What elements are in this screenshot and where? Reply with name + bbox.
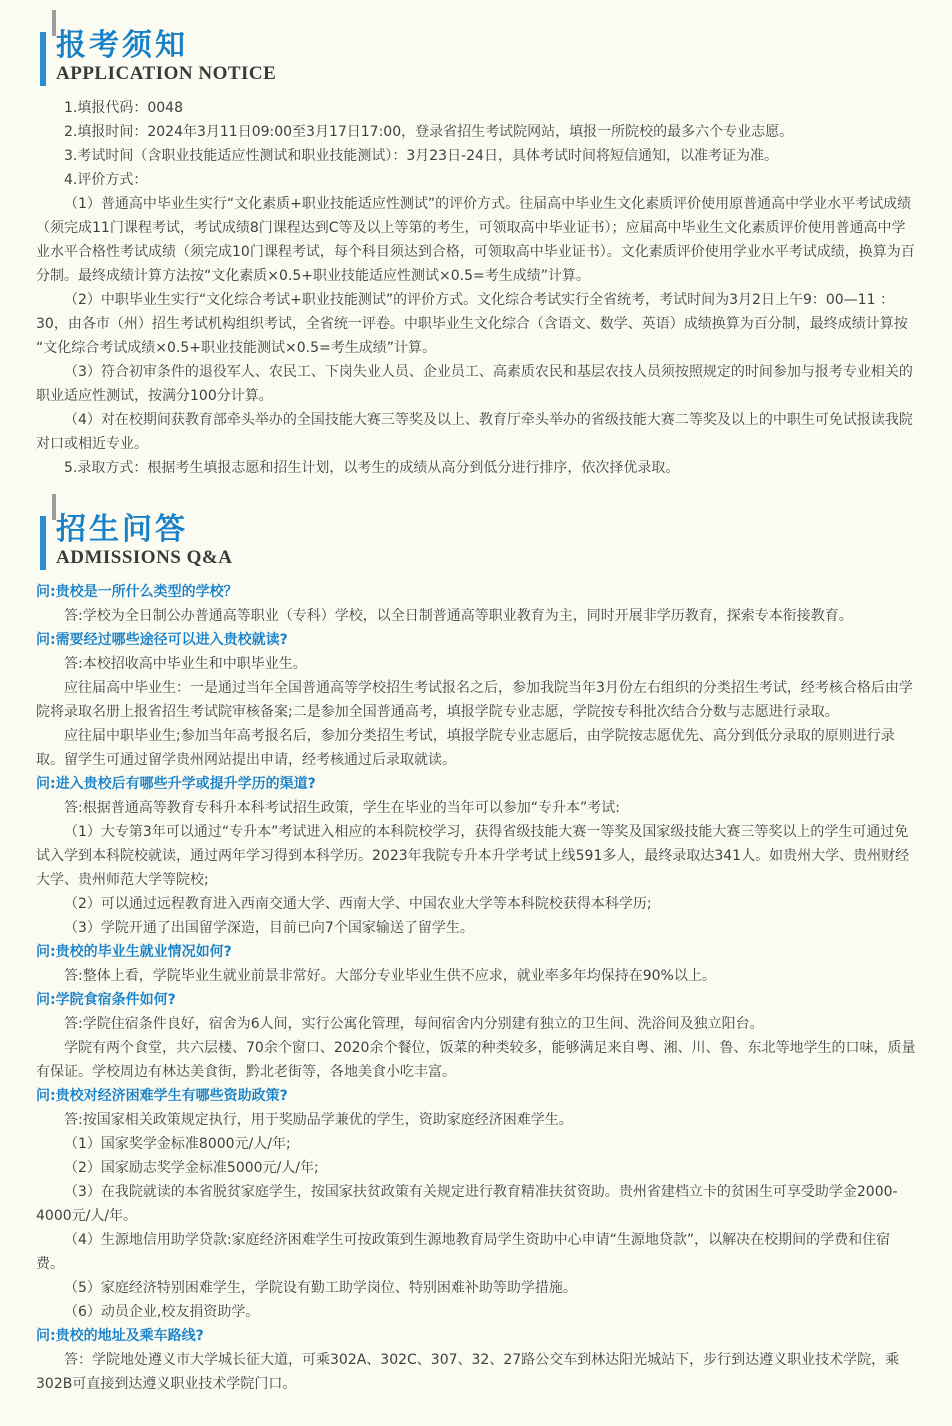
- section-title-en: ADMISSIONS Q&A: [56, 546, 916, 570]
- qa-answer: （2）国家励志奖学金标准5000元/人/年;: [36, 1156, 916, 1180]
- qa-answer: （3）学院开通了出国留学深造，目前已向7个国家输送了留学生。: [36, 916, 916, 940]
- qa-question: 问:进入贵校后有哪些升学或提升学历的渠道?: [36, 772, 916, 796]
- qa-answer: 答:学校为全日制公办普通高等职业（专科）学校，以全日制普通高等职业教育为主，同时…: [36, 604, 916, 628]
- qa-answer: （5）家庭经济特别困难学生，学院设有勤工助学岗位、特别困难补助等助学措施。: [36, 1276, 916, 1300]
- notice-paragraph: 5.录取方式：根据考生填报志愿和招生计划，以考生的成绩从高分到低分进行排序，依次…: [36, 456, 916, 480]
- qa-question: 问:贵校对经济困难学生有哪些资助政策?: [36, 1084, 916, 1108]
- qa-answer: 答:按国家相关政策规定执行，用于奖励品学兼优的学生，资助家庭经济困难学生。: [36, 1108, 916, 1132]
- qa-question: 问:贵校是一所什么类型的学校？: [36, 580, 916, 604]
- qa-answer: （2）可以通过远程教育进入西南交通大学、西南大学、中国农业大学等本科院校获得本科…: [36, 892, 916, 916]
- section-title-en: APPLICATION NOTICE: [56, 62, 916, 86]
- qa-answer: 答：学院地处遵义市大学城长征大道，可乘302A、302C、307、32、27路公…: [36, 1348, 916, 1396]
- application-notice-header: 报考须知 APPLICATION NOTICE: [36, 30, 916, 86]
- qa-answer: 答:根据普通高等教育专科升本科考试招生政策，学生在毕业的当年可以参加“专升本”考…: [36, 796, 916, 820]
- notice-paragraph: 4.评价方式：: [36, 168, 916, 192]
- qa-answer: 学院有两个食堂，共六层楼、70余个窗口、2020余个餐位，饭菜的种类较多，能够满…: [36, 1036, 916, 1084]
- notice-paragraph: （3）符合初审条件的退役军人、农民工、下岗失业人员、企业员工、高素质农民和基层农…: [36, 360, 916, 408]
- application-notice-body: 1.填报代码：00482.填报时间：2024年3月11日09:00至3月17日1…: [36, 96, 916, 480]
- qa-answer: （1）大专第3年可以通过“专升本”考试进入相应的本科院校学习，获得省级技能大赛一…: [36, 820, 916, 892]
- qa-answer: （3）在我院就读的本省脱贫家庭学生，按国家扶贫政策有关规定进行教育精准扶贫资助。…: [36, 1180, 916, 1228]
- section-title-cn: 招生问答: [56, 514, 916, 546]
- gray-accent-bar: [52, 494, 56, 520]
- section-title-cn: 报考须知: [56, 30, 916, 62]
- notice-paragraph: 3.考试时间（含职业技能适应性测试和职业技能测试）：3月23日-24日，具体考试…: [36, 144, 916, 168]
- qa-answer: （4）生源地信用助学贷款:家庭经济困难学生可按政策到生源地教育局学生资助中心申请…: [36, 1228, 916, 1276]
- qa-answer: 答:本校招收高中毕业生和中职毕业生。: [36, 652, 916, 676]
- blue-accent-bar: [40, 32, 46, 86]
- qa-question: 问:贵校的毕业生就业情况如何?: [36, 940, 916, 964]
- admissions-qa-body: 问:贵校是一所什么类型的学校？答:学校为全日制公办普通高等职业（专科）学校，以全…: [36, 580, 916, 1396]
- admissions-qa-header: 招生问答 ADMISSIONS Q&A: [36, 514, 916, 570]
- admissions-qa-section: 招生问答 ADMISSIONS Q&A 问:贵校是一所什么类型的学校？答:学校为…: [36, 514, 916, 1396]
- admissions-qa-titles: 招生问答 ADMISSIONS Q&A: [56, 514, 916, 570]
- qa-answer: 应往届高中毕业生：一是通过当年全国普通高等学校招生考试报名之后，参加我院当年3月…: [36, 676, 916, 724]
- notice-paragraph: 2.填报时间：2024年3月11日09:00至3月17日17:00，登录省招生考…: [36, 120, 916, 144]
- qa-answer: （1）国家奖学金标准8000元/人/年;: [36, 1132, 916, 1156]
- application-notice-section: 报考须知 APPLICATION NOTICE 1.填报代码：00482.填报时…: [36, 30, 916, 480]
- qa-question: 问:需要经过哪些途径可以进入贵校就读?: [36, 628, 916, 652]
- qa-question: 问:贵校的地址及乘车路线?: [36, 1324, 916, 1348]
- notice-paragraph: （1）普通高中毕业生实行“文化素质+职业技能适应性测试”的评价方式。往届高中毕业…: [36, 192, 916, 288]
- qa-answer: 应往届中职毕业生;参加当年高考报名后，参加分类招生考试，填报学院专业志愿后，由学…: [36, 724, 916, 772]
- blue-accent-bar: [40, 516, 46, 570]
- qa-question: 问:学院食宿条件如何?: [36, 988, 916, 1012]
- notice-paragraph: （2）中职毕业生实行“文化综合考试+职业技能测试”的评价方式。文化综合考试实行全…: [36, 288, 916, 360]
- gray-accent-bar: [52, 10, 56, 36]
- notice-paragraph: 1.填报代码：0048: [36, 96, 916, 120]
- qa-answer: 答:学院住宿条件良好，宿舍为6人间，实行公寓化管理，每间宿舍内分别建有独立的卫生…: [36, 1012, 916, 1036]
- notice-paragraph: （4）对在校期间获教育部牵头举办的全国技能大赛三等奖及以上、教育厅牵头举办的省级…: [36, 408, 916, 456]
- qa-answer: （6）动员企业,校友捐资助学。: [36, 1300, 916, 1324]
- qa-answer: 答:整体上看，学院毕业生就业前景非常好。大部分专业毕业生供不应求，就业率多年均保…: [36, 964, 916, 988]
- application-notice-titles: 报考须知 APPLICATION NOTICE: [56, 30, 916, 86]
